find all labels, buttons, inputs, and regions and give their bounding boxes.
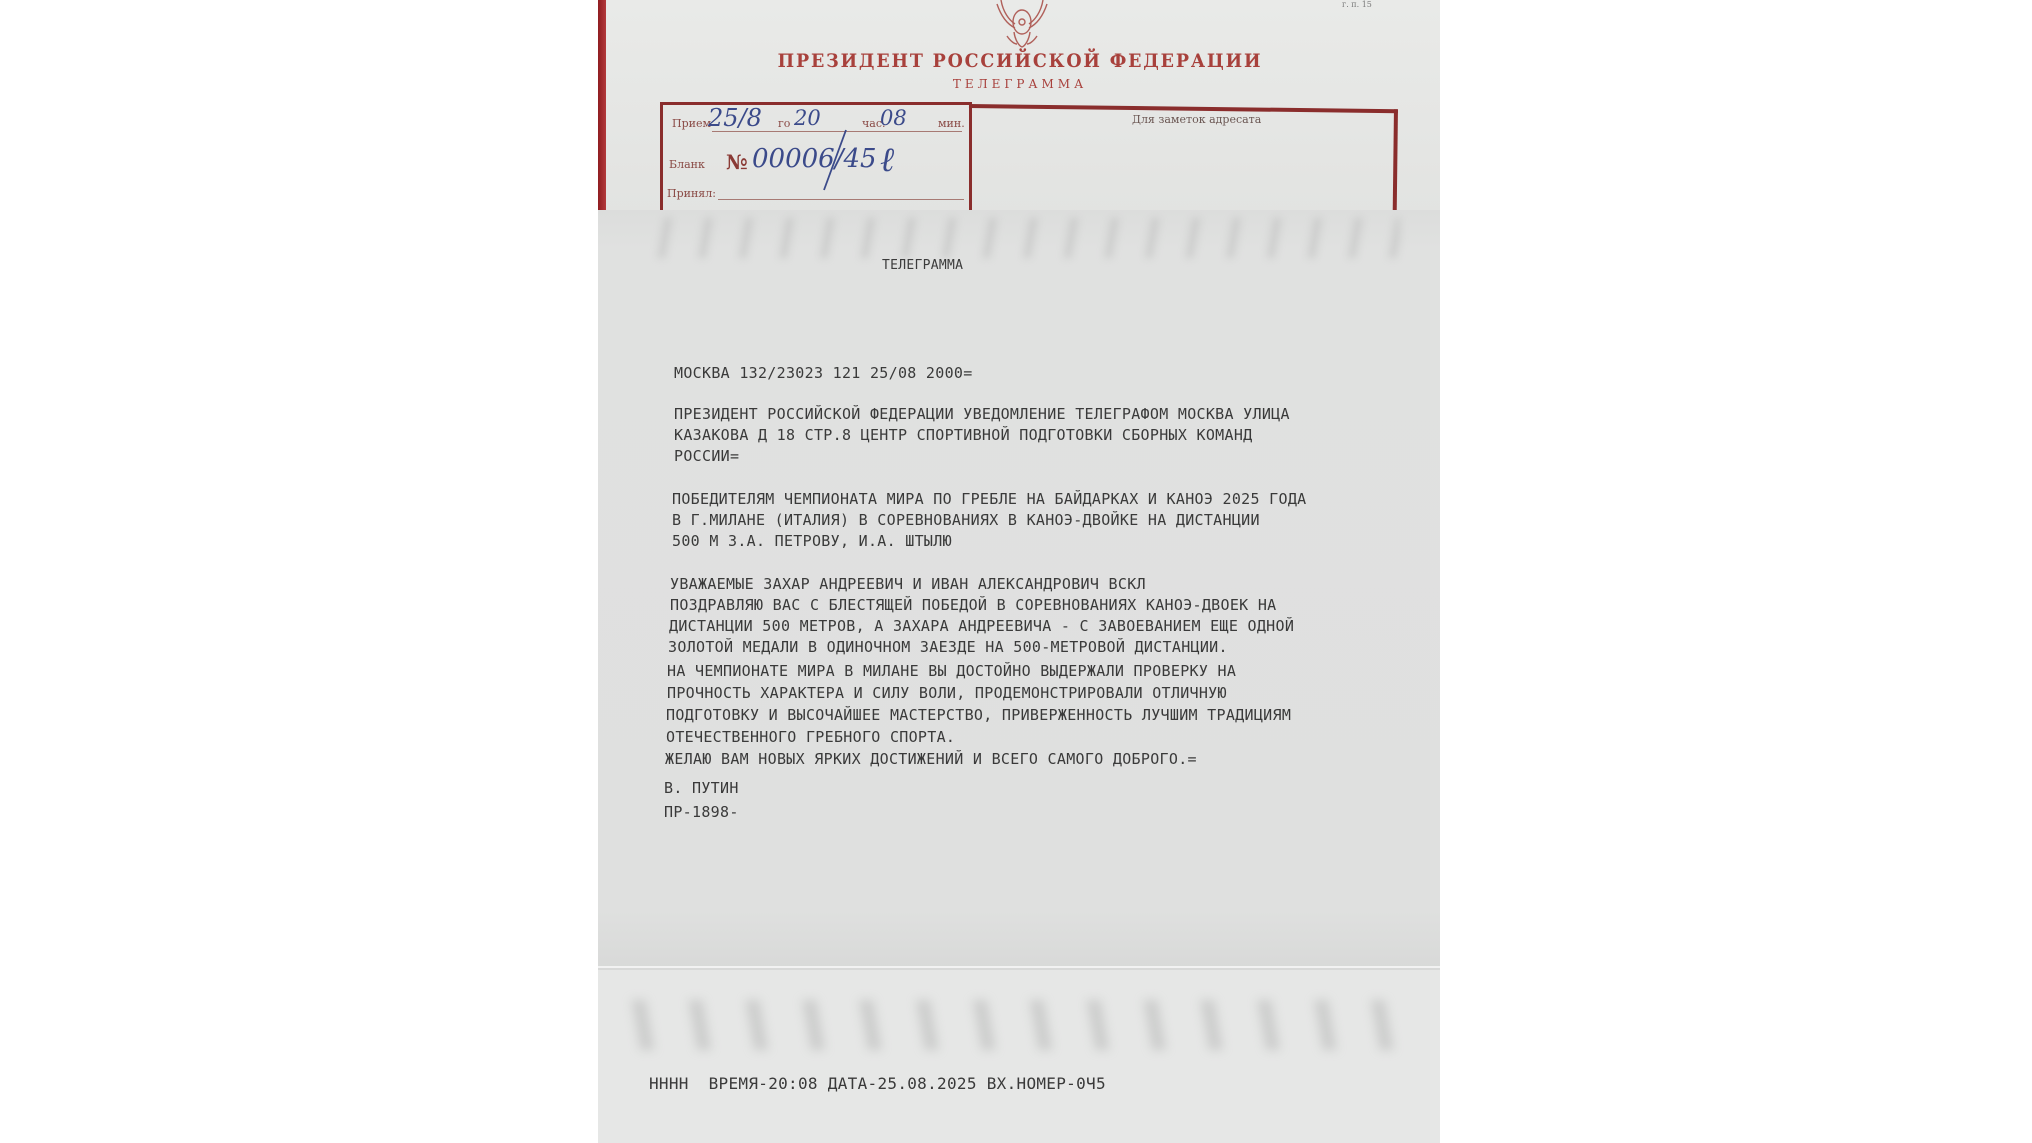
minutes-handwritten: 08 bbox=[880, 106, 907, 130]
bleed-through-shadow bbox=[650, 218, 1400, 258]
handwritten-stroke bbox=[820, 128, 850, 192]
body-line: ПОЗДРАВЛЯЮ ВАС С БЛЕСТЯЩЕЙ ПОБЕДОЙ В СОР… bbox=[670, 596, 1277, 614]
minutes-label: мин. bbox=[938, 117, 965, 130]
received-date-handwritten: 25/8 bbox=[708, 104, 762, 132]
recipient-line: В Г.МИЛАНЕ (ИТАЛИЯ) В СОРЕВНОВАНИЯХ В КА… bbox=[672, 511, 1260, 529]
recipient-line: 500 М З.А. ПЕТРОВУ, И.А. ШТЫЛЮ bbox=[672, 532, 952, 550]
recipient-line: ПОБЕДИТЕЛЯМ ЧЕМПИОНАТА МИРА ПО ГРЕБЛЕ НА… bbox=[672, 490, 1307, 508]
form-number-handwritten: 00006/45 bbox=[752, 144, 877, 174]
body-line: ОТЕЧЕСТВЕННОГО ГРЕБНОГО СПОРТА. bbox=[666, 728, 955, 746]
address-line: ПРЕЗИДЕНТ РОССИЙСКОЙ ФЕДЕРАЦИИ УВЕДОМЛЕН… bbox=[674, 405, 1290, 423]
body-line: ЗОЛОТОЙ МЕДАЛИ В ОДИНОЧНОМ ЗАЕЗДЕ НА 500… bbox=[668, 638, 1228, 656]
body-line: ПОДГОТОВКУ И ВЫСОЧАЙШЕЕ МАСТЕРСТВО, ПРИВ… bbox=[666, 706, 1291, 724]
service-footer-line: НННН ВРЕМЯ-20:08 ДАТА-25.08.2025 ВХ.НОМЕ… bbox=[649, 1074, 1106, 1093]
body-line: ПРОЧНОСТЬ ХАРАКТЕРА И СИЛУ ВОЛИ, ПРОДЕМО… bbox=[667, 684, 1227, 702]
hours-handwritten: 20 bbox=[794, 106, 821, 130]
accepted-label: Принял: bbox=[667, 187, 716, 200]
telegram-heading: ТЕЛЕГРАММА bbox=[882, 258, 963, 273]
body-line: НА ЧЕМПИОНАТЕ МИРА В МИЛАНЕ ВЫ ДОСТОЙНО … bbox=[667, 662, 1236, 680]
hours-label: го bbox=[778, 117, 790, 130]
bleed-through-shadow-bottom bbox=[620, 1000, 1420, 1050]
form-label: Бланк bbox=[669, 158, 705, 171]
form-number-sign: № bbox=[726, 150, 748, 174]
address-line: КАЗАКОВА Д 18 СТР.8 ЦЕНТР СПОРТИВНОЙ ПОД… bbox=[674, 426, 1253, 444]
russian-coat-of-arms-icon bbox=[993, 0, 1051, 48]
received-label: Прием bbox=[672, 117, 711, 130]
address-line: РОССИИ= bbox=[674, 447, 739, 465]
signature: В. ПУТИН bbox=[664, 779, 739, 797]
body-line: УВАЖАЕМЫЕ ЗАХАР АНДРЕЕВИЧ И ИВАН АЛЕКСАН… bbox=[670, 575, 1146, 593]
letterhead-title: ПРЕЗИДЕНТ РОССИЙСКОЙ ФЕДЕРАЦИИ bbox=[634, 50, 1407, 72]
accepted-rule bbox=[718, 199, 964, 200]
body-line: ДИСТАНЦИИ 500 МЕТРОВ, А ЗАХАРА АНДРЕЕВИЧ… bbox=[669, 617, 1294, 635]
letterhead-subtitle: ТЕЛЕГРАММА bbox=[600, 77, 1440, 91]
body-line: ЖЕЛАЮ ВАМ НОВЫХ ЯРКИХ ДОСТИЖЕНИЙ И ВСЕГО… bbox=[665, 750, 1197, 768]
recipient-notes-label: Для заметок адресата bbox=[1132, 113, 1261, 126]
routing-line: МОСКВА 132/23023 121 25/08 2000= bbox=[674, 364, 973, 382]
paper-fold bbox=[598, 966, 1440, 968]
handwritten-initials: ℓ bbox=[880, 140, 894, 180]
form-code: г. п. 15 bbox=[1342, 0, 1372, 9]
reference-number: ПР-1898- bbox=[664, 803, 739, 821]
red-folder-edge bbox=[598, 0, 606, 210]
